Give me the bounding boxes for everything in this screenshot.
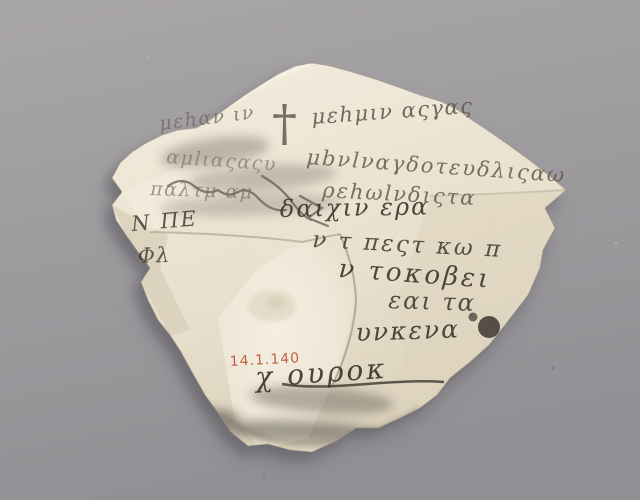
faded-line-3: παλτμ αμ: [149, 178, 254, 204]
faded-line-5: Φλ: [137, 243, 170, 268]
inscription-cross: †: [272, 94, 297, 152]
ostracon-photograph: † μεhμιν αςγας μbνlναγδοτευδλιςαω ρεhωlν…: [0, 0, 640, 500]
ink-blob: [478, 316, 500, 338]
inscription-line-8: υνκενα: [355, 314, 460, 347]
inscription-line-7: εαι τα: [388, 286, 477, 317]
inscription-line-4: δαιχιν ερα: [280, 192, 430, 223]
photo-canvas: † μεhμιν αςγας μbνlναγδοτευδλιςαω ρεhωlν…: [0, 0, 640, 500]
ink-blob-small: [469, 313, 478, 322]
